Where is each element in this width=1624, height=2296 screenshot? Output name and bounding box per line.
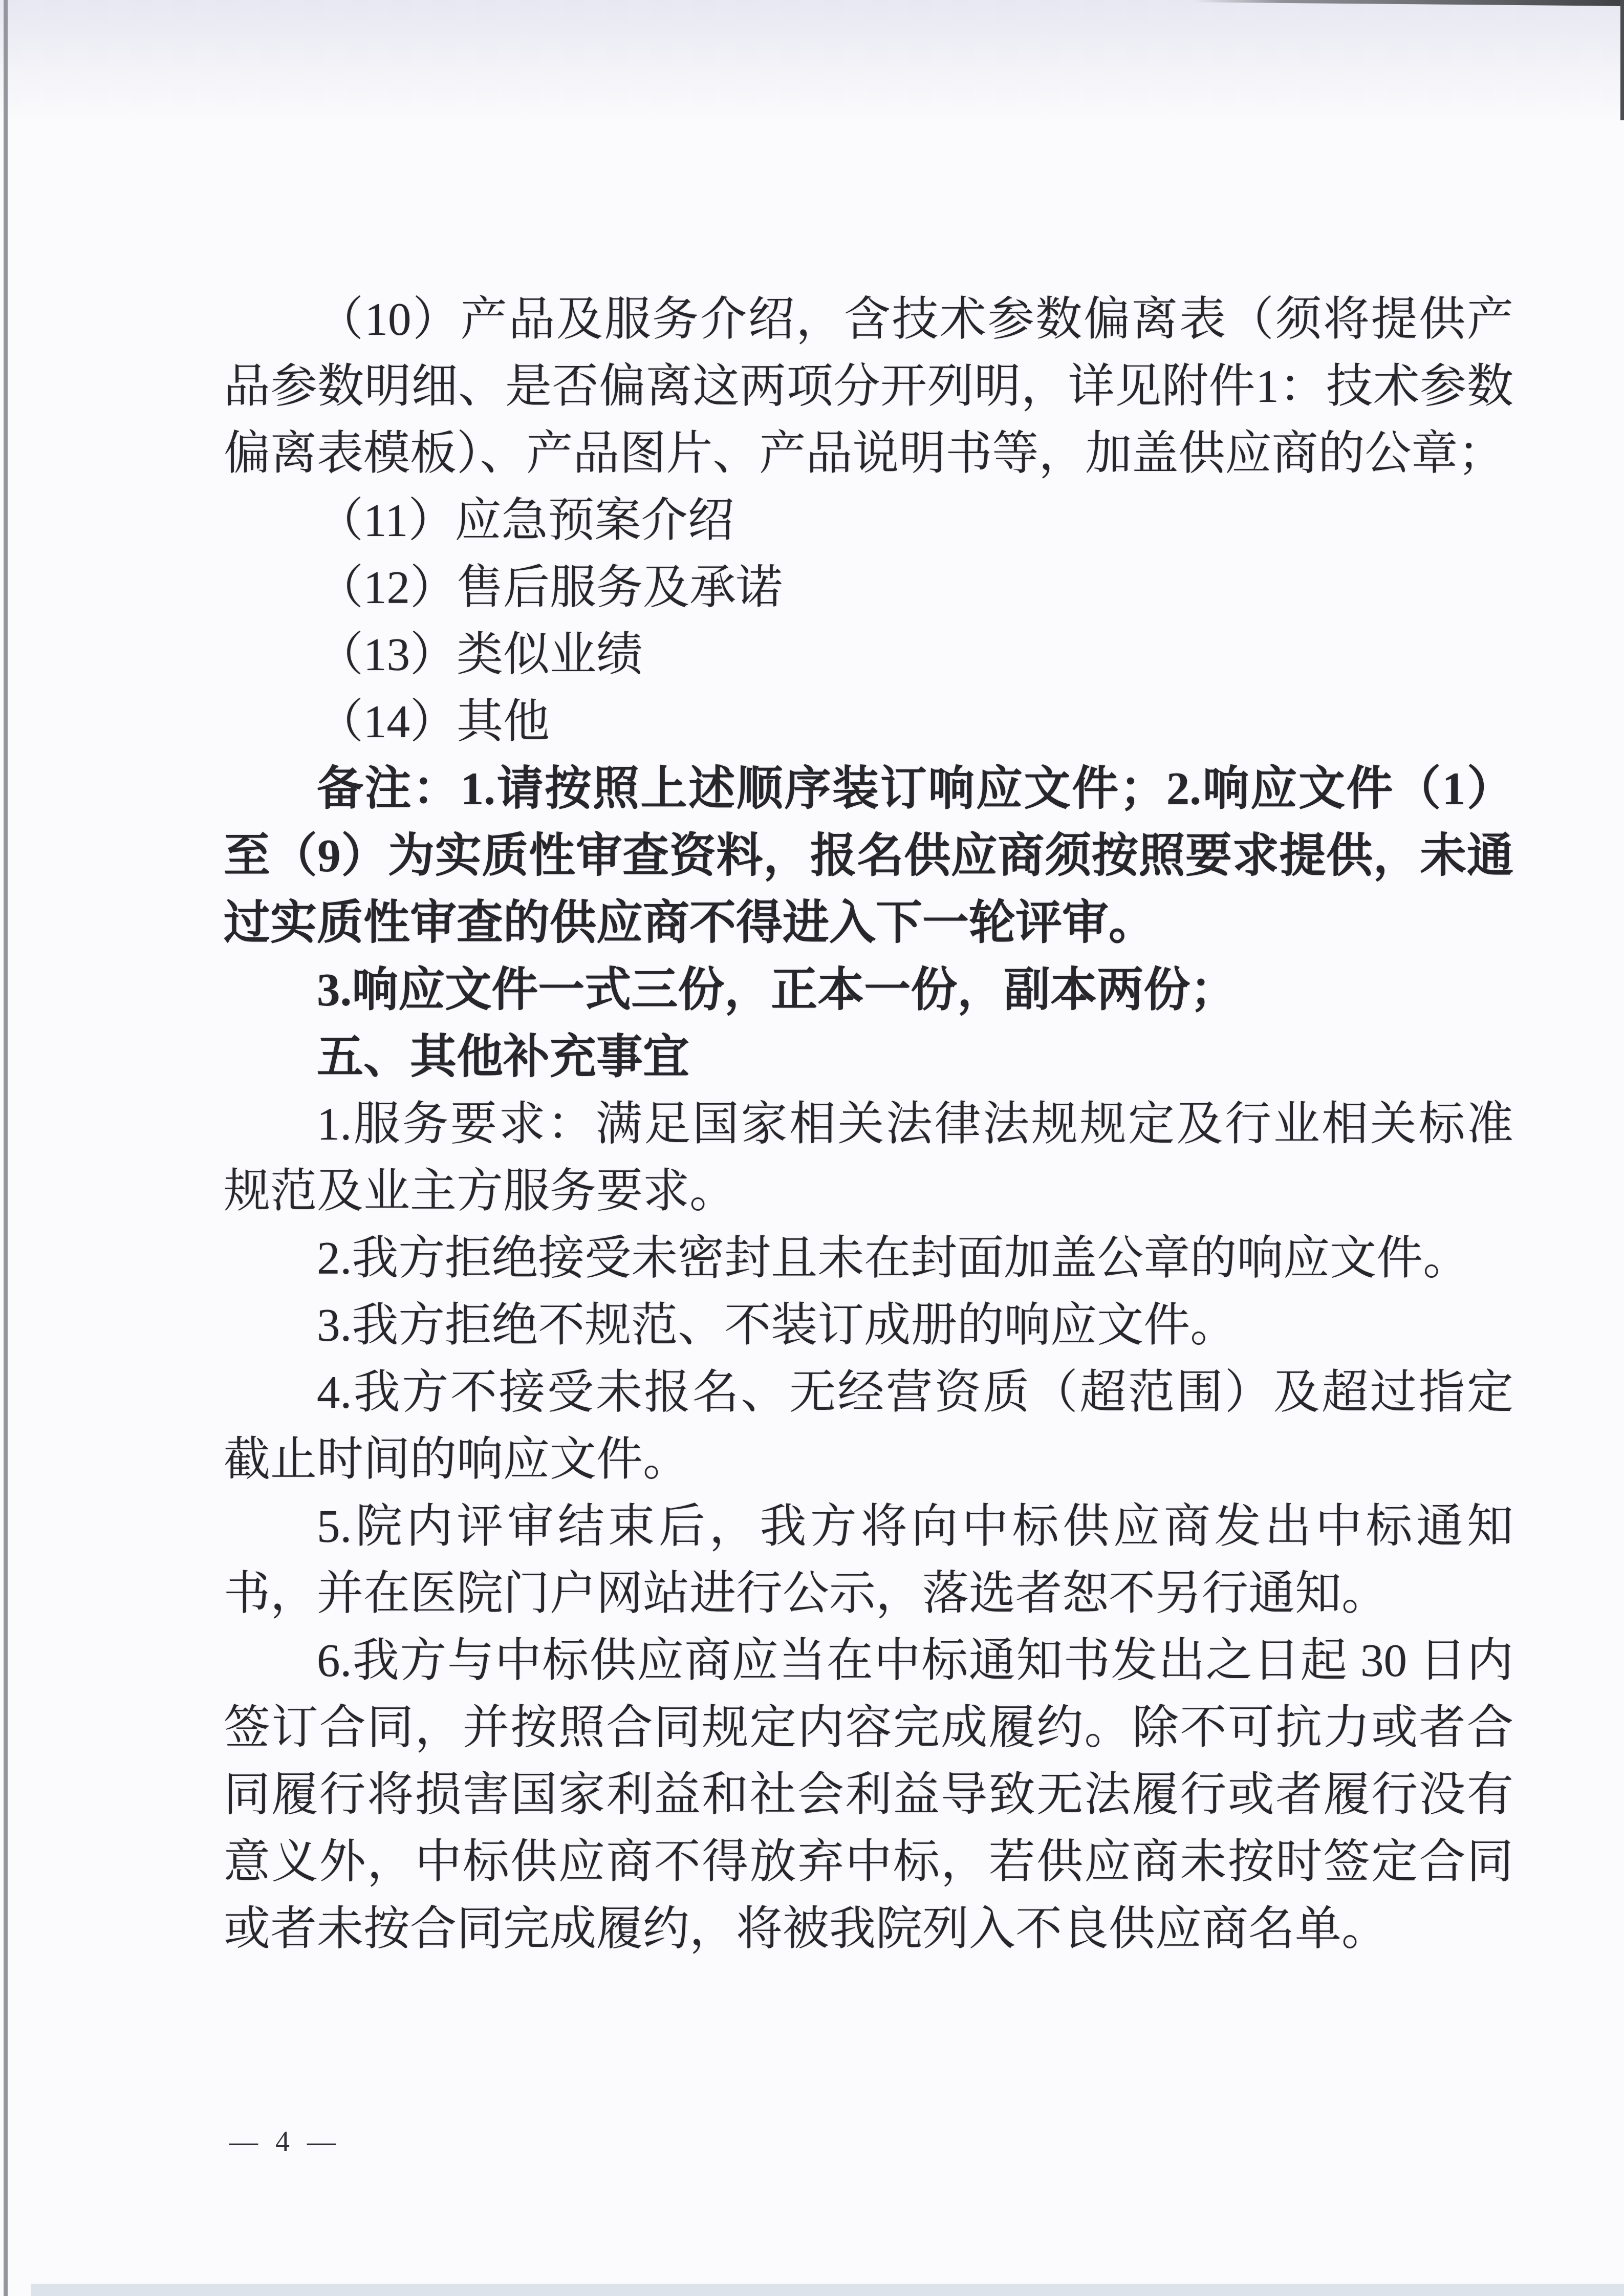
scan-shading-bottom	[31, 2284, 1624, 2296]
doc-list-item-1: 1.服务要求：满足国家相关法律法规规定及行业相关标准规范及业主方服务要求。	[224, 1090, 1513, 1225]
doc-paragraph-item-13: （13）类似业绩	[224, 621, 1513, 688]
doc-note-copies-paragraph: 3.响应文件一式三份，正本一份，副本两份；	[224, 956, 1513, 1023]
doc-paragraph-item-10: （10）产品及服务介绍，含技术参数偏离表（须将提供产品参数明细、是否偏离这两项分…	[224, 286, 1513, 487]
doc-list-item-6: 6.我方与中标供应商应当在中标通知书发出之日起 30 日内签订合同，并按照合同规…	[224, 1627, 1513, 1962]
section-heading-5: 五、其他补充事宜	[224, 1023, 1513, 1090]
doc-note-paragraph: 备注：1.请按照上述顺序装订响应文件；2.响应文件（1）至（9）为实质性审查资料…	[224, 755, 1513, 956]
doc-list-item-2: 2.我方拒绝接受未密封且未在封面加盖公章的响应文件。	[224, 1225, 1513, 1292]
doc-paragraph-item-12: （12）售后服务及承诺	[224, 554, 1513, 621]
scan-edge-left-line	[4, 0, 8, 2296]
scan-edge-right-shadow	[1620, 0, 1624, 120]
document-body: （10）产品及服务介绍，含技术参数偏离表（须将提供产品参数明细、是否偏离这两项分…	[224, 286, 1513, 1962]
page-number: — 4 —	[229, 2126, 341, 2158]
scanned-document-page: （10）产品及服务介绍，含技术参数偏离表（须将提供产品参数明细、是否偏离这两项分…	[0, 0, 1624, 2296]
scan-shading-top	[0, 0, 1624, 123]
doc-list-item-3: 3.我方拒绝不规范、不装订成册的响应文件。	[224, 1292, 1513, 1359]
doc-paragraph-item-11: （11）应急预案介绍	[224, 487, 1513, 554]
doc-list-item-5: 5.院内评审结束后，我方将向中标供应商发出中标通知书，并在医院门户网站进行公示，…	[224, 1493, 1513, 1627]
doc-paragraph-item-14: （14）其他	[224, 688, 1513, 755]
doc-list-item-4: 4.我方不接受未报名、无经营资质（超范围）及超过指定截止时间的响应文件。	[224, 1359, 1513, 1493]
